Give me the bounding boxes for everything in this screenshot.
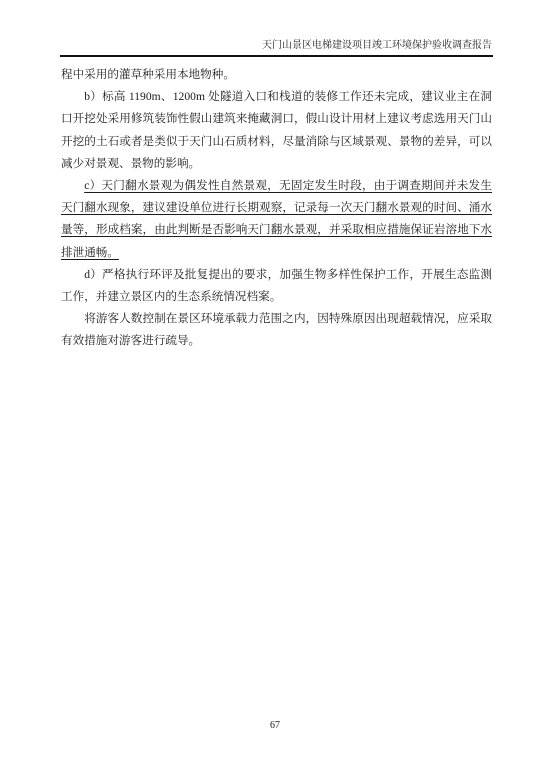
paragraph-2: b）标高 1190m、1200m 处隧道入口和栈道的装修工作还未完成，建议业主在…	[61, 86, 492, 175]
header-title: 天门山景区电梯建设项目竣工环境保护验收调查报告	[262, 40, 492, 52]
page-footer: 67	[0, 720, 550, 731]
header-rule	[60, 55, 493, 57]
page-number: 67	[270, 720, 280, 731]
paragraph-4: d）严格执行环评及批复提出的要求，加强生物多样性保护工作，开展生态监测工作，并建…	[61, 264, 492, 308]
document-page: 天门山景区电梯建设项目竣工环境保护验收调查报告 程中采用的灌草种采用本地物种。b…	[0, 0, 550, 778]
paragraph-1: 程中采用的灌草种采用本地物种。	[61, 64, 492, 86]
paragraph-5: 将游客人数控制在景区环境承载力范围之内，因特殊原因出现超载情况，应采取有效措施对…	[61, 308, 492, 352]
paragraph-3: c）天门翻水景观为偶发性自然景观，无固定发生时段，由于调查期间并未发生天门翻水现…	[61, 175, 492, 264]
document-body: 程中采用的灌草种采用本地物种。b）标高 1190m、1200m 处隧道入口和栈道…	[61, 64, 492, 353]
